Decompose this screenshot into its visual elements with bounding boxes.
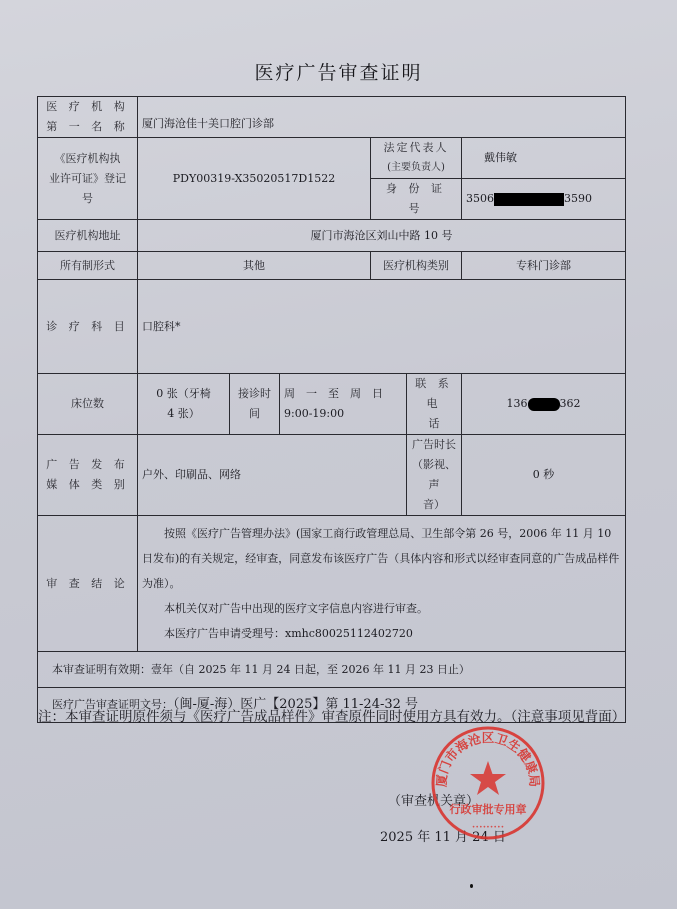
row-department: 诊 疗 科 目 口腔科*	[38, 280, 626, 374]
row-validity: 本审查证明有效期：壹年（自 2025 年 11 月 24 日起，至 2026 年…	[38, 652, 626, 688]
svg-text:•••••••••: •••••••••	[472, 824, 505, 831]
department-value: 口腔科*	[138, 280, 626, 374]
address-value: 厦门市海沧区刘山中路 10 号	[138, 220, 626, 252]
validity-text: 本审查证明有效期：壹年（自 2025 年 11 月 24 日起，至 2026 年…	[38, 652, 626, 688]
certificate-table: 医 疗 机 构 第 一 名 称 厦门海沧佳十美口腔门诊部 《医疗机构执 业许可证…	[37, 96, 626, 723]
id-number-label: 身 份 证 号	[371, 179, 462, 220]
institution-name-label: 医 疗 机 构 第 一 名 称	[38, 97, 138, 138]
row-address: 医疗机构地址 厦门市海沧区刘山中路 10 号	[38, 220, 626, 252]
hours-value: 周 一 至 周 日 9:00-19:00	[280, 374, 407, 435]
license-label: 《医疗机构执 业许可证》登记 号	[38, 138, 138, 220]
legal-rep-value: 戴伟敏	[462, 138, 626, 179]
application-number: 本医疗广告申请受理号：xmhc80025112402720	[142, 621, 621, 646]
seal-inner-text: 行政审批专用章	[450, 802, 527, 816]
redaction-bar	[494, 193, 564, 206]
conclusion-value: 按照《医疗广告管理办法》(国家工商行政管理总局、卫生部令第 26 号，2006 …	[138, 516, 626, 652]
footnote: 注：本审查证明原件须与《医疗广告成品样件》审查原件同时使用方具有效力。（注意事项…	[38, 705, 648, 729]
conclusion-label: 审 查 结 论	[38, 516, 138, 652]
category-value: 专科门诊部	[462, 252, 626, 280]
category-label: 医疗机构类别	[371, 252, 462, 280]
phone-label: 联 系 电 话	[407, 374, 462, 435]
official-seal-icon: 厦门市海沧区卫生健康局 行政审批专用章 •••••••••	[430, 725, 546, 841]
phone-value: 136362	[462, 374, 626, 435]
beds-label: 床位数	[38, 374, 138, 435]
duration-label: 广告时长 （影视、声 音）	[407, 435, 462, 516]
ownership-label: 所有制形式	[38, 252, 138, 280]
row-institution-name: 医 疗 机 构 第 一 名 称 厦门海沧佳十美口腔门诊部	[38, 97, 626, 138]
document-title: 医疗广告审查证明	[0, 58, 677, 85]
row-media: 广 告 发 布 媒 体 类 别 户外、印刷品、网络 广告时长 （影视、声 音） …	[38, 435, 626, 516]
institution-name-value: 厦门海沧佳十美口腔门诊部	[138, 97, 626, 138]
conclusion-scope: 本机关仅对广告中出现的医疗文字信息内容进行审查。	[142, 596, 621, 621]
conclusion-paragraph: 按照《医疗广告管理办法》(国家工商行政管理总局、卫生部令第 26 号，2006 …	[142, 521, 621, 596]
row-beds: 床位数 0 张（牙椅 4 张） 接诊时 间 周 一 至 周 日 9:00-19:…	[38, 374, 626, 435]
media-value: 户外、印刷品、网络	[138, 435, 407, 516]
row-ownership: 所有制形式 其他 医疗机构类别 专科门诊部	[38, 252, 626, 280]
duration-value: 0 秒	[462, 435, 626, 516]
row-conclusion: 审 查 结 论 按照《医疗广告管理办法》(国家工商行政管理总局、卫生部令第 26…	[38, 516, 626, 652]
legal-rep-label: 法定代表人 (主要负责人)	[371, 138, 462, 179]
license-number: PDY00319-X35020517D1522	[138, 138, 371, 220]
department-label: 诊 疗 科 目	[38, 280, 138, 374]
ink-speck	[470, 884, 473, 888]
row-license: 《医疗机构执 业许可证》登记 号 PDY00319-X35020517D1522…	[38, 138, 626, 179]
ownership-value: 其他	[138, 252, 371, 280]
hours-label: 接诊时 间	[230, 374, 280, 435]
id-number-value: 35063590	[462, 179, 626, 220]
media-label: 广 告 发 布 媒 体 类 别	[38, 435, 138, 516]
beds-value: 0 张（牙椅 4 张）	[138, 374, 230, 435]
address-label: 医疗机构地址	[38, 220, 138, 252]
redaction-bar	[528, 398, 560, 411]
